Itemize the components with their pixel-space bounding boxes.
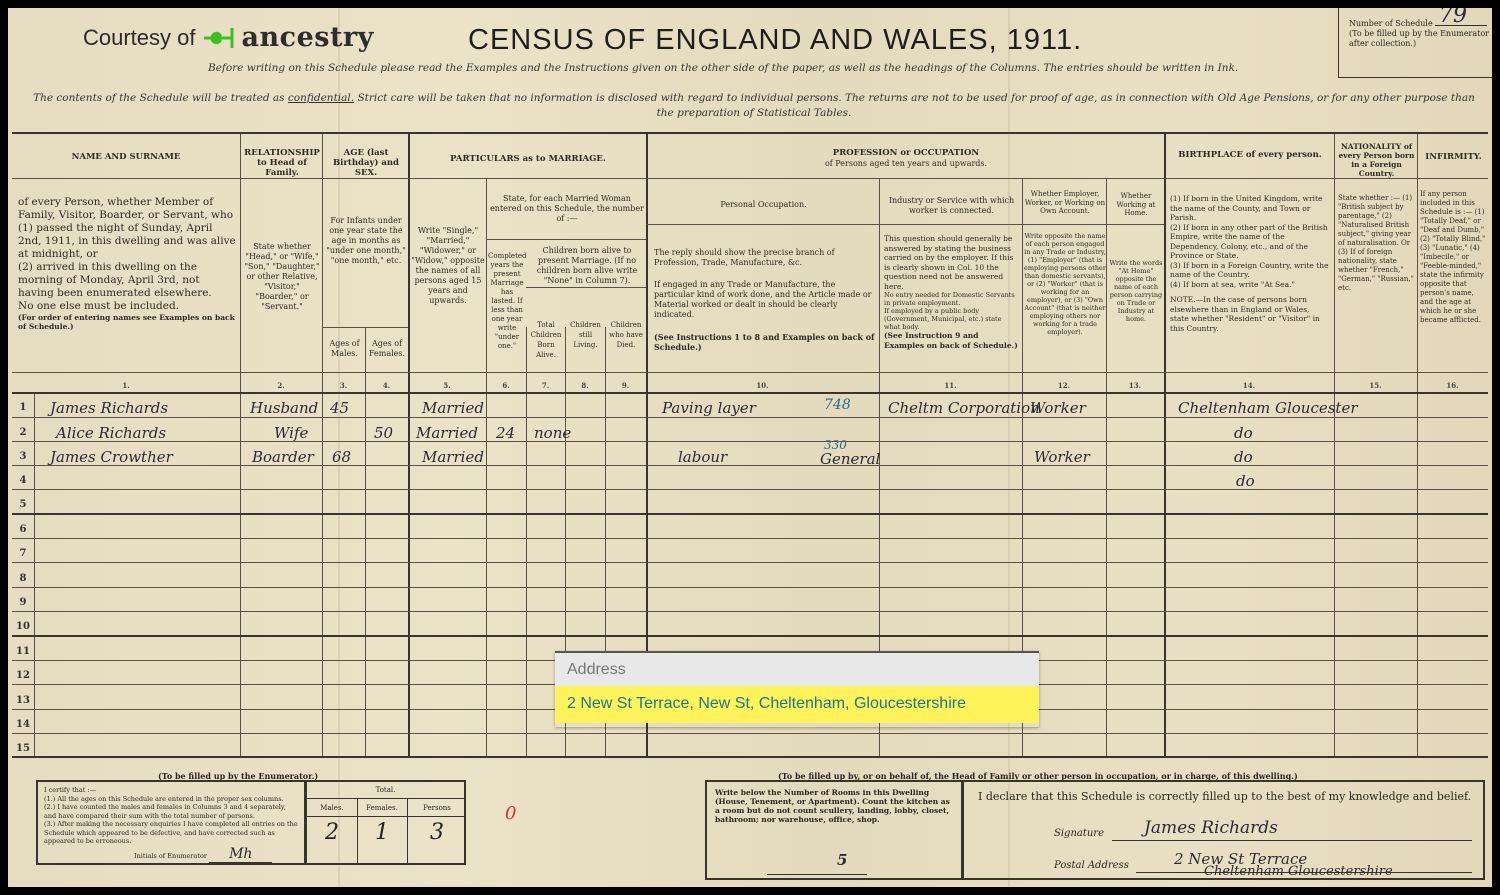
nationality-instructions: State whether :— (1) "British subject by…	[1338, 194, 1416, 293]
birthplace: Cheltenham Gloucester	[1178, 399, 1358, 417]
signature: James Richards	[1144, 818, 1278, 838]
red-annotation: 0	[505, 803, 516, 824]
children-living-header: Children still Living.	[566, 320, 605, 350]
infirmity-instructions: If any person included in this Schedule …	[1420, 190, 1488, 325]
personal-occupation-instructions: The reply should show the precise branch…	[654, 248, 876, 352]
occupation: Paving layer	[662, 399, 756, 417]
birthplace-instructions: (1) If born in the United Kingdom, write…	[1170, 194, 1330, 333]
age-male: 68	[332, 448, 351, 466]
header-occupation-sub: of Persons aged ten years and upwards.	[648, 159, 1164, 169]
marital-status: Married	[422, 399, 484, 417]
person-relationship: Boarder	[252, 448, 314, 466]
birthplace: do	[1236, 472, 1255, 490]
header-name: NAME AND SURNAME	[12, 152, 240, 162]
ancestry-branding[interactable]: Courtesy of ancestry	[83, 22, 374, 53]
industry-header: Industry or Service with which worker is…	[881, 196, 1022, 216]
home-instructions: Write the words "At Home" opposite the n…	[1108, 259, 1164, 323]
total-persons: 3	[407, 820, 467, 845]
home-header: Whether Working at Home.	[1108, 192, 1164, 218]
total-children: none	[534, 424, 571, 442]
completed-years-header: Completed years the present Marriage has…	[488, 252, 526, 351]
relationship-instructions: State whether "Head," or "Wife," "Son," …	[244, 242, 320, 312]
initials-label: Initials of Enumerator	[134, 852, 207, 860]
header-marriage: PARTICULARS as to MARRIAGE.	[410, 154, 646, 164]
rooms-count: 5	[837, 856, 847, 865]
person-name: James Richards	[50, 399, 168, 417]
header-infirmity: INFIRMITY.	[1419, 152, 1488, 162]
person-relationship: Wife	[274, 424, 308, 442]
person-relationship: Husband	[250, 399, 318, 417]
courtesy-text: Courtesy of	[83, 25, 196, 51]
header-relationship: RELATIONSHIP to Head of Family.	[242, 148, 322, 178]
employer-instructions: Write opposite the name of each person e…	[1024, 232, 1106, 336]
census-document: Courtesy of ancestry CENSUS OF ENGLAND A…	[8, 8, 1492, 887]
enumerator-certification: I certify that :— (1.) All the ages on t…	[36, 780, 306, 865]
rooms-box: Write below the Number of Rooms in this …	[705, 780, 963, 880]
occupation-code: 748	[824, 397, 851, 413]
children-died-header: Children who have Died.	[606, 320, 646, 350]
marital-status: Married	[422, 448, 484, 466]
birthplace: do	[1234, 424, 1253, 442]
ancestry-logo-text: ancestry	[242, 22, 374, 53]
total-females: 1	[357, 820, 407, 845]
person-name: James Crowther	[50, 448, 173, 466]
birthplace: do	[1234, 448, 1253, 466]
ages-males-label: Ages of Males.	[324, 339, 365, 359]
total-males: 2	[307, 820, 357, 845]
address-value[interactable]: 2 New St Terrace, New St, Cheltenham, Gl…	[555, 686, 1039, 723]
industry-instructions: This question should generally be answer…	[884, 234, 1018, 350]
total-children-header: Total Children Born Alive.	[527, 320, 565, 360]
header-age: AGE (last Birthday) and SEX.	[324, 148, 408, 178]
marital-instructions: Write "Single," "Married," "Widower," or…	[411, 226, 485, 306]
ages-females-label: Ages of Females.	[366, 339, 408, 359]
schedule-number-box: Number of Schedule (To be filled up by t…	[1338, 8, 1492, 78]
schedule-number: 79	[1439, 11, 1467, 21]
years-married: 24	[496, 424, 515, 442]
header-nationality: NATIONALITY of every Person born in a Fo…	[1336, 142, 1417, 178]
age-instructions: For Infants under one year state the age…	[326, 216, 406, 266]
address-popup[interactable]: Address 2 New St Terrace, New St, Chelte…	[555, 651, 1039, 727]
employer-header: Whether Employer, Worker, or Working on …	[1024, 190, 1106, 216]
enumerator-initials: Mh	[209, 846, 272, 863]
age-female: 50	[374, 424, 393, 442]
ancestry-leaf-icon	[202, 26, 236, 50]
marital-status: Married	[416, 424, 478, 442]
name-instructions: of every Person, whether Member of Famil…	[18, 196, 236, 331]
children-alive-header: Children born alive to present Marriage.…	[528, 246, 646, 286]
declaration-text: I declare that this Schedule is correctl…	[978, 790, 1471, 803]
employment-status: Worker	[1034, 448, 1090, 466]
occupation: labour	[678, 448, 727, 466]
schedule-number-label: Number of Schedule	[1349, 19, 1433, 28]
header-occupation: PROFESSION or OCCUPATION	[648, 148, 1164, 158]
address-label: Address	[555, 651, 1039, 686]
industry: Cheltm Corporation	[888, 399, 1040, 417]
married-woman-instructions: State, for each Married Woman entered on…	[489, 194, 645, 224]
totals-box: Total. Males. Females. Persons 2 1 3	[306, 780, 466, 865]
declaration-box: I declare that this Schedule is correctl…	[963, 780, 1485, 880]
industry: General	[820, 450, 880, 468]
person-name: Alice Richards	[56, 424, 166, 442]
personal-occupation-header: Personal Occupation.	[648, 200, 879, 210]
document-title: CENSUS OF ENGLAND AND WALES, 1911.	[468, 24, 1082, 57]
header-birthplace: BIRTHPLACE of every person.	[1166, 150, 1334, 160]
schedule-note: (To be filled up by the Enumerator after…	[1349, 29, 1489, 48]
age-male: 45	[330, 399, 349, 417]
postal-address-label: Postal Address	[1054, 860, 1129, 871]
postal-address-line-2: Cheltenham Gloucestershire	[1204, 864, 1393, 879]
signature-label: Signature	[1054, 828, 1104, 839]
document-subtitle: Before writing on this Schedule please r…	[208, 62, 1238, 74]
confidentiality-notice: The contents of the Schedule will be tre…	[24, 91, 1484, 121]
employment-status: Worker	[1030, 399, 1086, 417]
